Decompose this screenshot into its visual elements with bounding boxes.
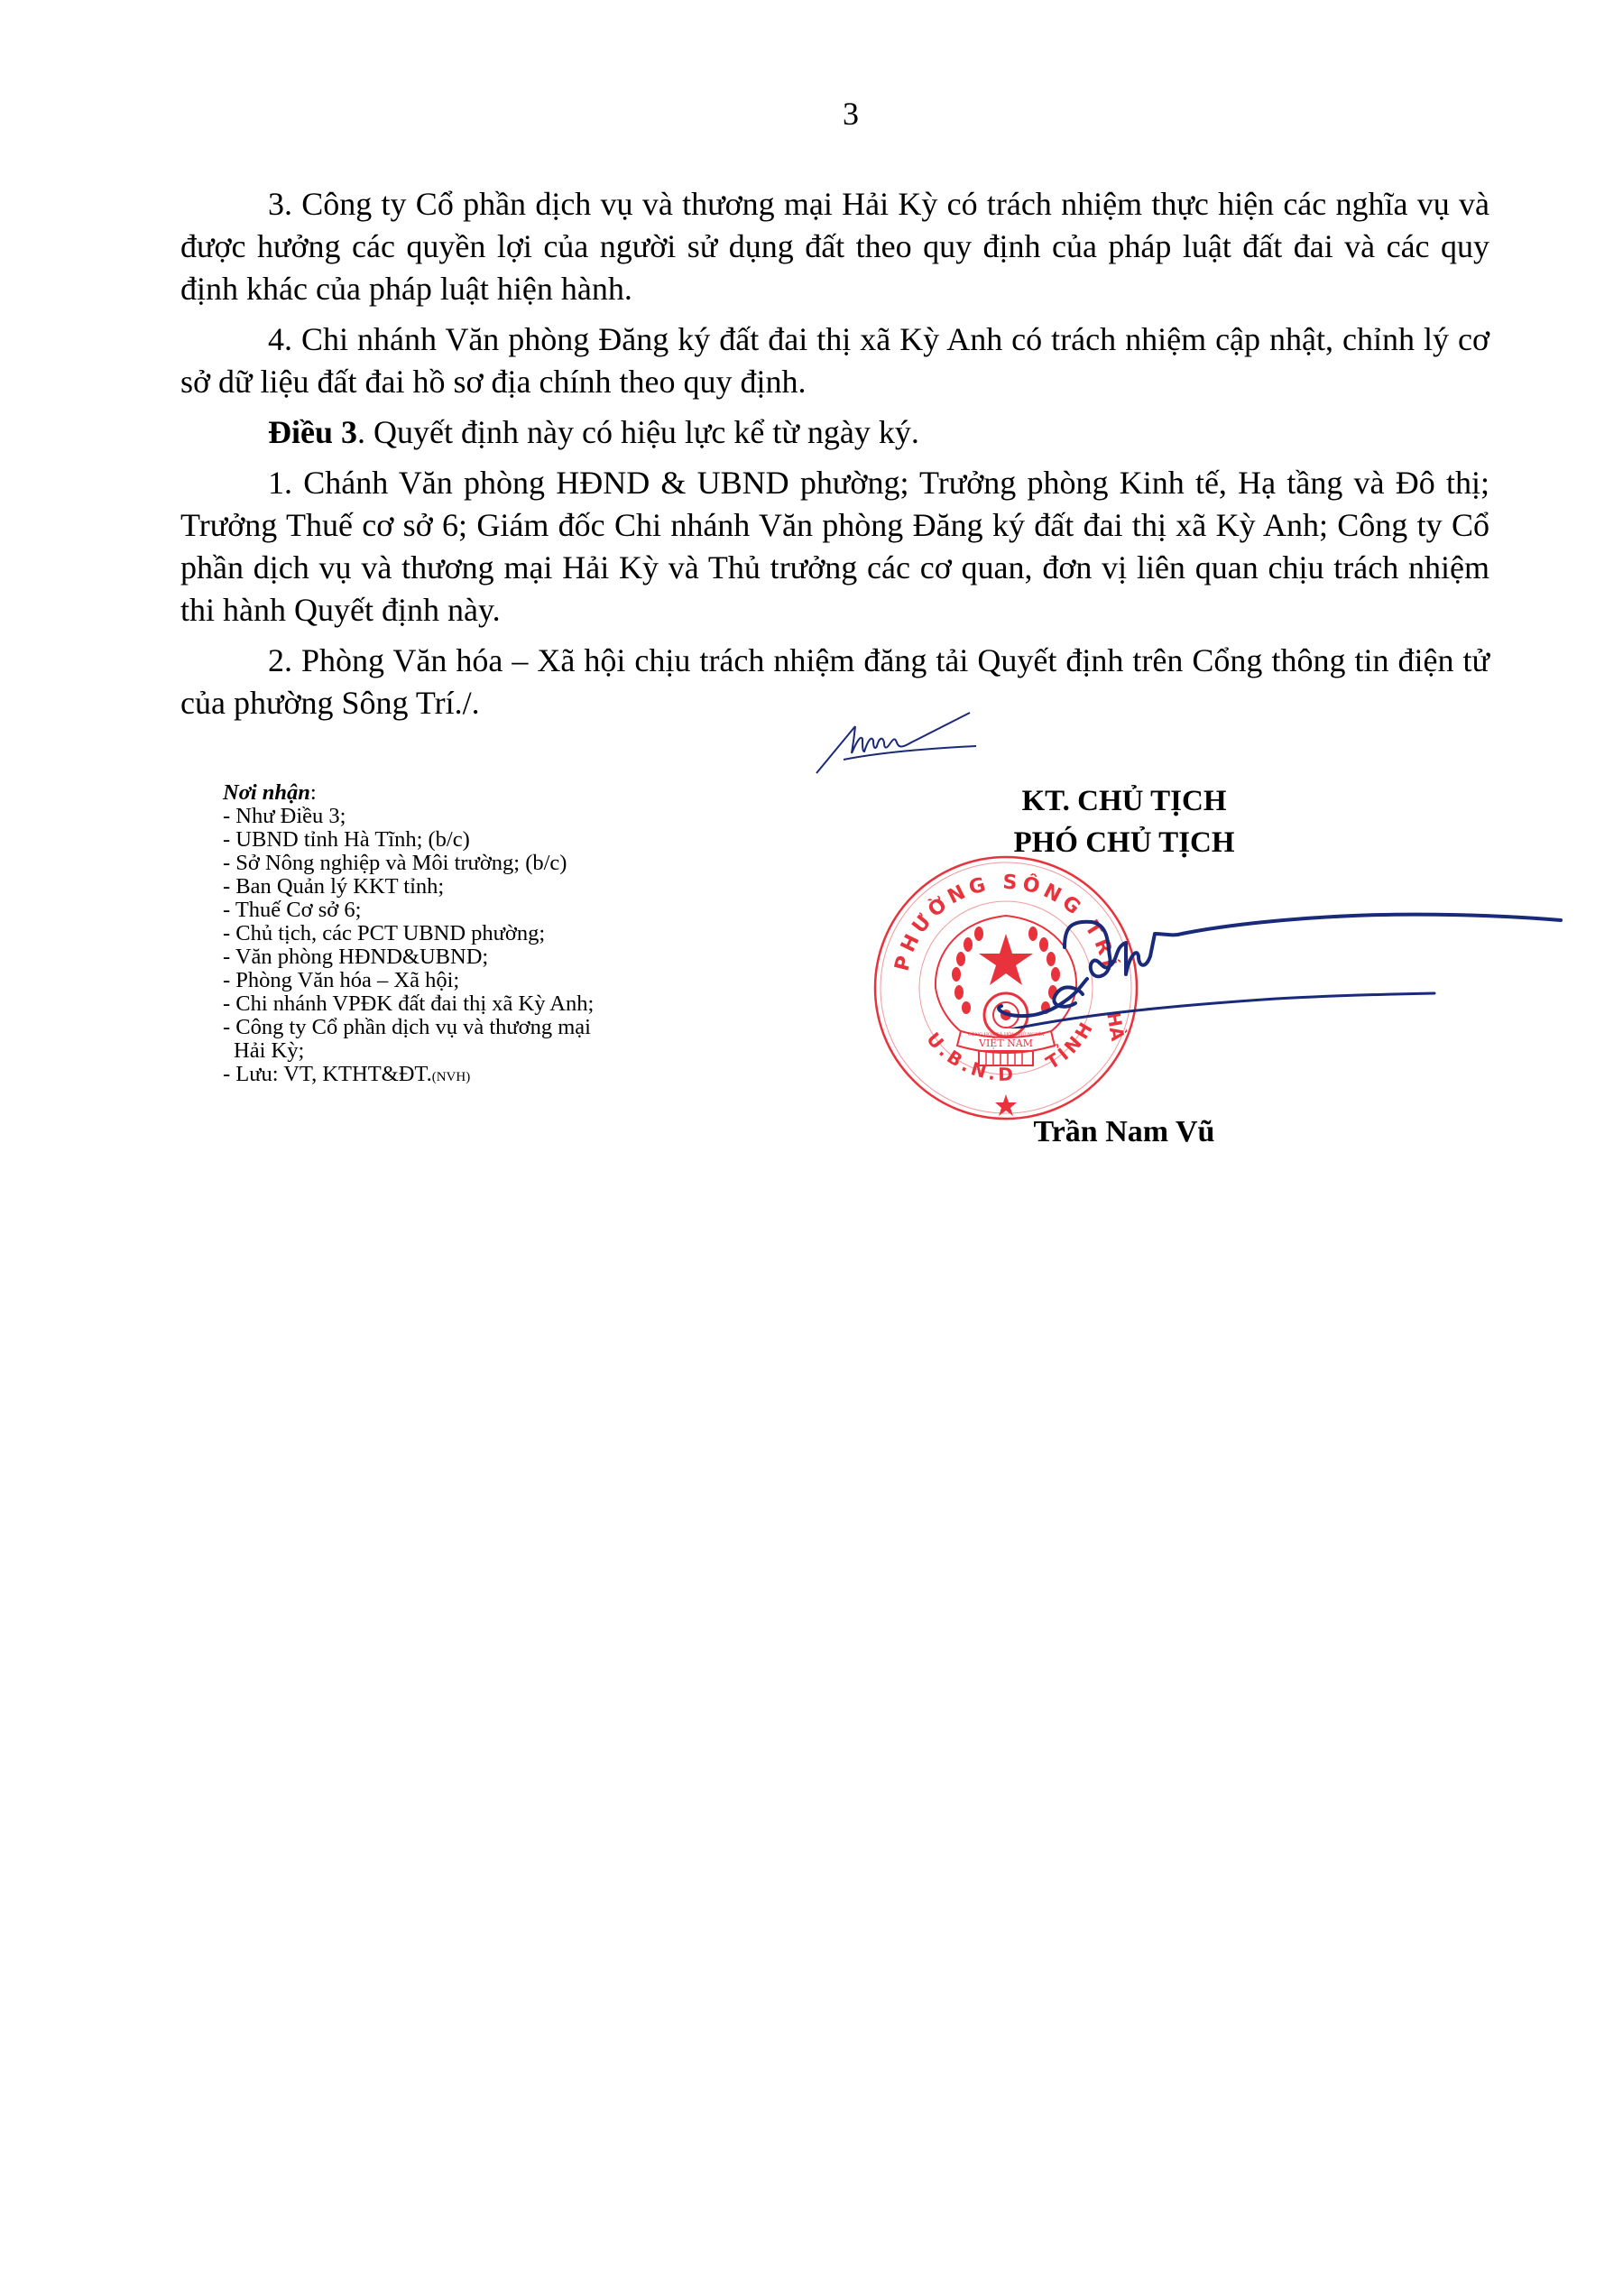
recipient-item: - Văn phòng HĐND&UBND; [223,945,746,969]
paragraph-article-3: Điều 3. Quyết định này có hiệu lực kể từ… [180,411,1489,454]
paragraph-article-3-item-1: 1. Chánh Văn phòng HĐND & UBND phường; T… [180,462,1489,632]
document-body: 3. Công ty Cổ phần dịch vụ và thương mại… [180,183,1489,733]
recipient-item: - Công ty Cổ phần dịch vụ và thương mại … [223,1016,595,1063]
recipient-item: - Phòng Văn hóa – Xã hội; [223,969,746,992]
recipient-item: - Chủ tịch, các PCT UBND phường; [223,922,746,945]
svg-text:CỘNG HOÀ XÃ HỘI CHỦ NGHĨA: CỘNG HOÀ XÃ HỘI CHỦ NGHĨA [968,1030,1045,1037]
recipient-item: - UBND tỉnh Hà Tĩnh; (b/c) [223,828,746,852]
recipient-item: - Sở Nông nghiệp và Môi trường; (b/c) [223,852,746,875]
paragraph-item-3: 3. Công ty Cổ phần dịch vụ và thương mại… [180,183,1489,310]
recipient-item: - Ban Quản lý KKT tỉnh; [223,875,746,899]
recipients-list: - Như Điều 3; - UBND tỉnh Hà Tĩnh; (b/c)… [223,805,746,1089]
svg-text:VIỆT NAM: VIỆT NAM [978,1037,1033,1049]
signer-title-line-1: KT. CHỦ TỊCH [938,780,1310,822]
paragraph-item-4: 4. Chi nhánh Văn phòng Đăng ký đất đai t… [180,318,1489,403]
initials-signature-icon [812,708,979,776]
handwritten-signature-icon [992,893,1570,1028]
signer-title: KT. CHỦ TỊCH PHÓ CHỦ TỊCH [938,780,1310,863]
recipients-title: Nơi nhận: [223,781,746,805]
recipient-item: - Thuế Cơ sở 6; [223,899,746,922]
signer-name: Trần Nam Vũ [938,1111,1310,1153]
recipients-block: Nơi nhận: - Như Điều 3; - UBND tỉnh Hà T… [223,781,746,1089]
page-number: 3 [0,94,1623,134]
recipient-item-archive: - Lưu: VT, KTHT&ĐT.(NVH) [223,1063,746,1089]
article-3-label: Điều 3 [268,414,357,450]
article-3-text: . Quyết định này có hiệu lực kể từ ngày … [357,414,919,450]
recipient-item: - Chi nhánh VPĐK đất đai thị xã Kỳ Anh; [223,992,746,1016]
recipient-item: - Như Điều 3; [223,805,746,828]
